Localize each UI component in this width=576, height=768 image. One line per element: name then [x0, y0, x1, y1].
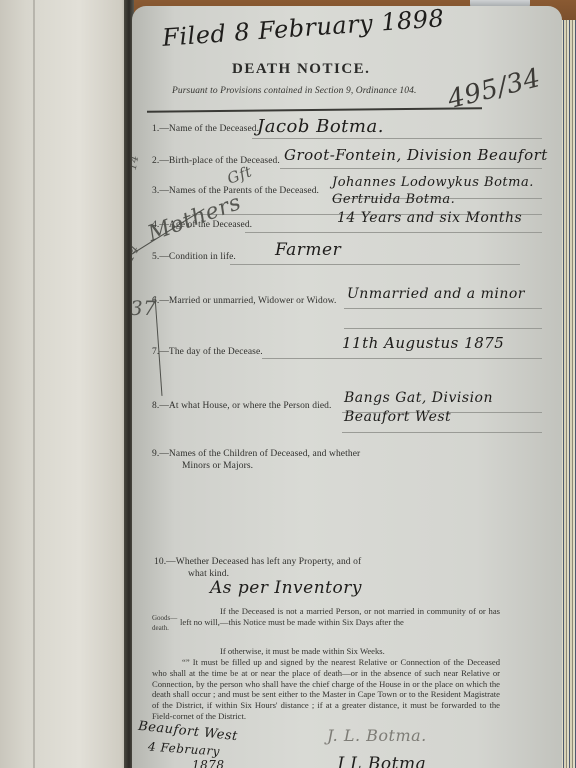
- field-line: [252, 138, 542, 139]
- signature-faint: J. L. Botma.: [327, 726, 427, 745]
- field-line: [230, 264, 520, 265]
- margin-number-1: 14: [132, 154, 141, 171]
- instruction-paragraph-3: “” It must be filled up and signed by th…: [152, 657, 500, 722]
- left-blank-page: [0, 0, 132, 768]
- field-value-marital-status: Unmarried and a minor: [347, 284, 537, 304]
- instruction-paragraph-2: If otherwise, it must be made within Six…: [180, 646, 500, 657]
- field-label-birthplace: 2.—Birth-place of the Deceased.: [152, 156, 280, 166]
- field-line: [280, 168, 542, 169]
- document-subtitle: Pursuant to Provisions contained in Sect…: [172, 86, 416, 96]
- field-line: [342, 432, 542, 433]
- death-notice-page: Filed 8 February 1898 495/34 DEATH NOTIC…: [132, 6, 562, 768]
- signature: J L Botma: [337, 754, 426, 768]
- field-label-condition: 5.—Condition in life.: [152, 252, 236, 262]
- instruction-paragraph-1: If the Deceased is not a married Person,…: [180, 606, 500, 628]
- footer-date: 4 February: [148, 740, 221, 759]
- field-label-property: 10.—Whether Deceased has left any Proper…: [154, 557, 361, 567]
- footer-year: 1878: [192, 758, 225, 768]
- margin-number-3: 37: [132, 296, 156, 320]
- field-line: [262, 358, 542, 359]
- page-fold: [33, 0, 35, 768]
- field-value-age: 14 Years and six Months: [337, 210, 522, 226]
- field-label-place-of-death: 8.—At what House, or where the Person di…: [152, 401, 331, 411]
- margin-word-mothers: Mothers: [145, 190, 245, 247]
- document-title: DEATH NOTICE.: [232, 61, 370, 78]
- side-note-death: death.: [152, 624, 169, 632]
- margin-pencil-note: Gft: [225, 162, 255, 187]
- field-line: [344, 308, 542, 309]
- side-note-goods: Goods—: [152, 614, 177, 622]
- field-label-children-line2: Minors or Majors.: [182, 461, 253, 471]
- field-label-children: 9.—Names of the Children of Deceased, an…: [152, 449, 360, 459]
- field-label-name: 1.—Name of the Deceased.: [152, 124, 259, 134]
- field-value-name: Jacob Botma.: [257, 116, 384, 137]
- field-value-condition: Farmer: [275, 240, 341, 260]
- field-value-parents: Johannes Lodowykus Botma. Gertruida Botm…: [332, 174, 542, 208]
- field-line: [344, 328, 542, 329]
- margin-vertical-stroke: [155, 296, 163, 396]
- header-rule: [147, 107, 482, 112]
- field-line: [245, 232, 542, 233]
- filed-date-handwritten: Filed 8 February 1898: [161, 6, 445, 52]
- field-value-property: As per Inventory: [210, 578, 362, 598]
- field-value-place-of-death: Bangs Gat, Division Beaufort West: [344, 389, 534, 427]
- field-value-date-of-death: 11th Augustus 1875: [342, 334, 504, 352]
- field-label-marital-status: 6.—Married or unmarried, Widower or Wido…: [152, 296, 337, 306]
- field-label-date-of-death: 7.—The day of the Decease.: [152, 347, 263, 357]
- field-value-birthplace: Groot-Fontein, Division Beaufort: [284, 146, 548, 164]
